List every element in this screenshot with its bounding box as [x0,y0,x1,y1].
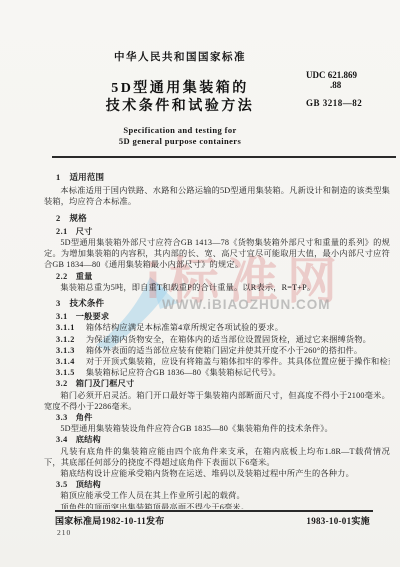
document-body: 1适用范围 本标准适用于国内铁路、水路和公路运输的5D型通用集装箱。凡新设计和制… [44,167,390,509]
classification-codes: UDC 621.869 .88 GB 3218—82 [306,70,386,108]
section-title: 尺寸 [76,227,93,236]
document-subtitle-en: Specification and testing for 5D general… [30,125,330,147]
clause-item: 3.1.4对于开顶式集装箱，应设有将箱盖与箱体扣牢的零件。其具体位置应便于操作和… [56,356,390,367]
paragraph: 5D型通用集装箱外部尺寸应符合GB 1413—78《货物集装箱外部尺寸和重量的系… [44,237,390,271]
implementation-date: 1983-10-01实施 [306,514,370,527]
section-heading: 2.1尺寸 [56,226,390,237]
clause-text: 集装箱标记应符合GB 1836—80《集装箱标记代号》。 [86,368,281,377]
paragraph: 箱顶应能承受工作人员在其上作业所引起的载荷。 [44,490,390,501]
section-number: 3.3 [56,413,68,422]
udc-suffix: .88 [330,80,386,90]
section-number: 3.1 [56,312,68,321]
chapter-heading: 1适用范围 [56,172,390,183]
paragraph: 箱门必须开启灵活。箱门开口最好等于集装箱内部断面尺寸，但高度不得小于2100毫米… [44,390,390,412]
section-title: 底结构 [76,435,101,444]
section-heading: 3.1一般要求 [56,311,390,322]
clause-number: 3.1.5 [56,368,75,377]
section-title: 顶结构 [76,480,101,489]
section-number: 2.1 [56,227,68,236]
footer-rule [55,510,373,512]
clause-item: 3.1.1箱体结构应满足本标准第4章所规定各项试验的要求。 [56,322,390,333]
clause-number: 3.1.1 [56,323,75,332]
clause-text: 为保证箱内货物安全，在箱体内的适当部位设置固货栓，通过它来捆缚货物。 [86,335,371,344]
clause-item: 3.1.3箱体外表面的适当部位应装有使箱门固定并使其开度不小于260°的搭扣件。 [56,345,390,356]
standard-document-page: 中华人民共和国国家标准 5D型通用集装箱的 技术条件和试验方法 Specific… [0,0,400,567]
clause-number: 3.1.4 [56,357,75,366]
section-heading: 3.5顶结构 [56,479,390,490]
section-heading: 2.2重量 [56,271,390,282]
clause-item: 3.1.5集装箱标记应符合GB 1836—80《集装箱标记代号》。 [56,367,390,378]
subtitle-en-line2: 5D general purpose containers [30,136,330,147]
section-heading: 3.4底结构 [56,434,390,445]
paragraph: 本标准适用于国内铁路、水路和公路运输的5D型通用集装箱。凡新设计和制造的该类型集… [44,185,390,207]
paragraph: 集装箱总重为5吨，即自重T和载重P的合计重量。以R表示，R=T+P。 [44,282,390,293]
clause-number: 3.1.3 [56,346,75,355]
section-number: 3.4 [56,435,68,444]
paragraph: 凡装有底角件的集装箱应能由四个底角件来支承，在箱内底板上均布1.8R—T载荷情况… [44,446,390,468]
issue-date: 国家标准局1982-10-11发布 [55,514,165,527]
clause-text: 箱体外表面的适当部位应装有使箱门固定并使其开度不小于260°的搭扣件。 [86,346,362,355]
paragraph: 箱底结构设计应能承受箱内货物在运送、堆码以及装箱过程中所产生的各种力。 [44,468,390,479]
section-title: 重量 [76,272,93,281]
section-number: 2.2 [56,272,68,281]
section-number: 3.5 [56,480,68,489]
page-number: 210 [57,528,71,537]
chapter-number: 3 [56,298,60,308]
paragraph: 5D型通用集装箱装设角件应符合GB 1835—80《集装箱角件的技术条件》。 [44,423,390,434]
clause-number: 3.1.2 [56,335,75,344]
chapter-heading: 2规格 [56,213,390,224]
section-title: 箱门及门框尺寸 [76,379,135,388]
section-heading: 3.2箱门及门框尺寸 [56,378,390,389]
standard-code: GB 3218—82 [306,98,386,108]
udc-number: UDC 621.869 [306,70,386,80]
section-number: 3.2 [56,379,68,388]
section-heading: 3.3角件 [56,412,390,423]
clause-item: 3.1.2为保证箱内货物安全，在箱体内的适当部位设置固货栓，通过它来捆缚货物。 [56,334,390,345]
chapter-title: 规格 [69,213,86,223]
subtitle-en-line1: Specification and testing for [30,125,330,136]
document-title-line1: 5D型通用集装箱的 [30,80,330,98]
chapter-title: 适用范围 [69,172,104,182]
national-standard-label: 中华人民共和国国家标准 [30,52,330,64]
chapter-heading: 3技术条件 [56,298,390,309]
document-header: 中华人民共和国国家标准 5D型通用集装箱的 技术条件和试验方法 Specific… [30,52,330,147]
section-title: 一般要求 [76,312,110,321]
clause-text: 箱体结构应满足本标准第4章所规定各项试验的要求。 [86,323,283,332]
chapter-title: 技术条件 [69,298,104,308]
chapter-number: 2 [56,213,60,223]
chapter-number: 1 [56,172,60,182]
header-rule [52,156,396,158]
paragraph: 顶角件的顶面突出集装箱顶最高面不得少于6毫米。 [44,502,390,509]
section-title: 角件 [76,413,93,422]
clause-text: 对于开顶式集装箱，应设有将箱盖与箱体扣牢的零件。其具体位置应便于操作和检查。 [86,357,390,366]
document-footer: 国家标准局1982-10-11发布 1983-10-01实施 [55,514,370,527]
document-title-line2: 技术条件和试验方法 [30,98,330,116]
